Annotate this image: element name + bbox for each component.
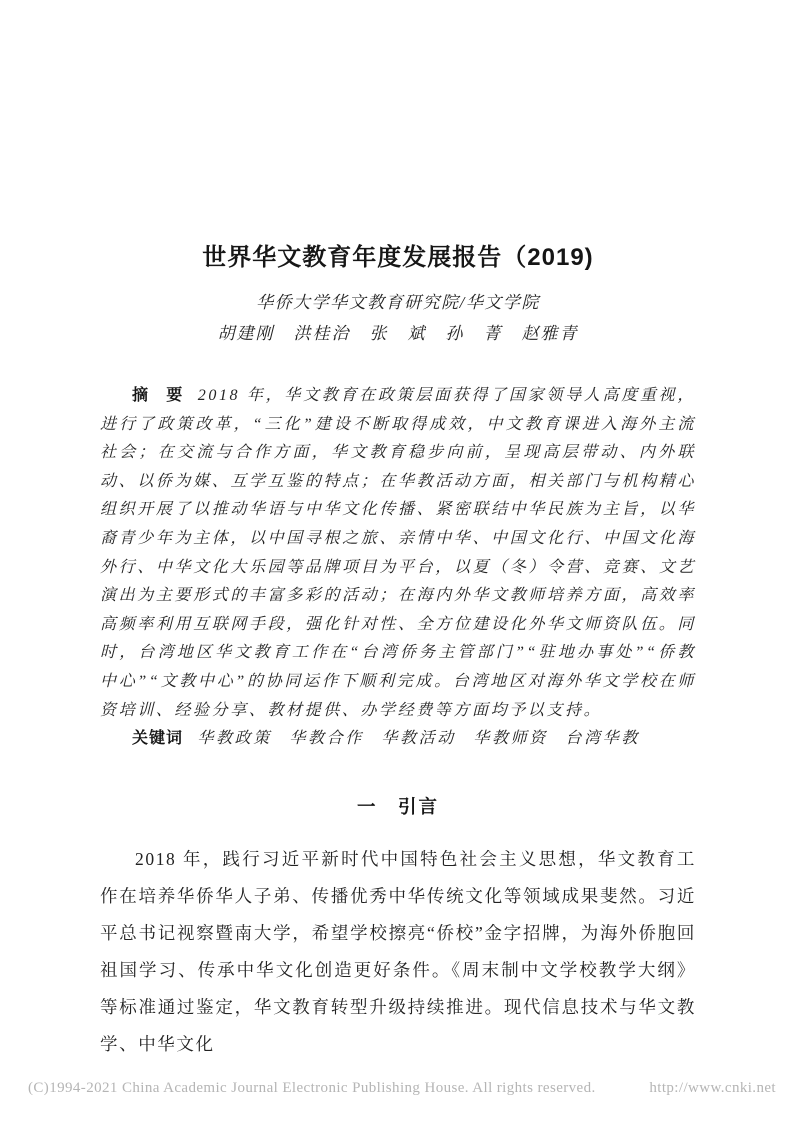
keyword: 华教师资	[473, 730, 547, 747]
keyword: 华教活动	[381, 730, 455, 747]
paper-title: 世界华文教育年度发展报告（2019)	[100, 244, 696, 272]
keyword: 台湾华教	[565, 730, 639, 747]
abstract-paragraph: 摘 要2018 年，华文教育在政策层面获得了国家领导人高度重视，进行了政策改革，…	[100, 382, 696, 725]
page-footer: (C)1994-2021 China Academic Journal Elec…	[28, 1080, 776, 1097]
copyright-text: (C)1994-2021 China Academic Journal Elec…	[28, 1080, 596, 1097]
page-content: 世界华文教育年度发展报告（2019) 华侨大学华文教育研究院/华文学院 胡建刚 …	[0, 244, 794, 1063]
keyword: 华教合作	[289, 730, 363, 747]
document-page: 世界华文教育年度发展报告（2019) 华侨大学华文教育研究院/华文学院 胡建刚 …	[0, 0, 794, 1123]
abstract-label: 摘 要	[132, 387, 183, 404]
keywords-label: 关键词	[132, 730, 183, 747]
footer-url: http://www.cnki.net	[649, 1080, 776, 1097]
affiliation: 华侨大学华文教育研究院/华文学院	[100, 293, 696, 312]
body-paragraph: 2018 年，践行习近平新时代中国特色社会主义思想，华文教育工作在培养华侨华人子…	[100, 841, 696, 1063]
keywords-line: 关键词华教政策华教合作华教活动华教师资台湾华教	[100, 725, 696, 754]
keyword: 华教政策	[197, 730, 271, 747]
section-heading: 一 引言	[100, 796, 696, 818]
abstract-block: 摘 要2018 年，华文教育在政策层面获得了国家领导人高度重视，进行了政策改革，…	[100, 382, 696, 754]
keywords-list: 华教政策华教合作华教活动华教师资台湾华教	[197, 730, 639, 747]
abstract-text: 2018 年，华文教育在政策层面获得了国家领导人高度重视，进行了政策改革，“三化…	[100, 387, 696, 719]
authors-line: 胡建刚 洪桂治 张 斌 孙 菁 赵雅青	[100, 324, 696, 344]
